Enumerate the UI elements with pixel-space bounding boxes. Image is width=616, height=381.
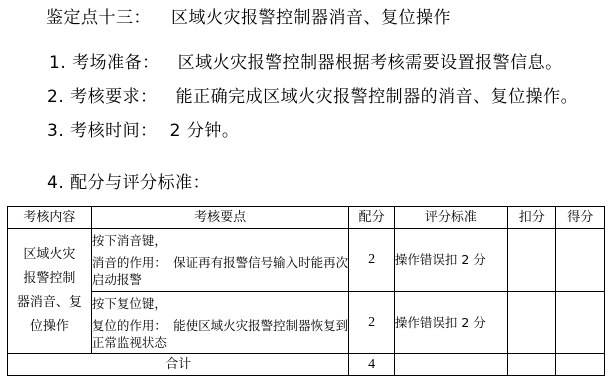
section-title-text: 区域火灾报警控制器消音、复位操作 (171, 8, 451, 28)
exam-points-cell: 按下消音键， 消音的作用： 保证再有报警信号输入时能再次启动报警 (91, 229, 349, 292)
obtained-cell (556, 229, 605, 292)
deduction-cell (507, 229, 555, 292)
content-line: 位操作 (8, 315, 91, 339)
table-row: 按下复位键， 复位的作用： 能使区域火灾报警控制器恢复到正常监视状态 2 操作错… (8, 292, 605, 354)
table-total-row: 合计 4 (8, 354, 605, 376)
content-line: 器消音、复 (8, 291, 91, 315)
exam-points-cell: 按下复位键， 复位的作用： 能使区域火灾报警控制器恢复到正常监视状态 (91, 292, 349, 354)
obtained-cell (556, 292, 605, 354)
criteria-cell: 操作错误扣 2 分 (394, 229, 507, 292)
total-label: 合计 (8, 354, 349, 376)
content-line: 区域火灾 (8, 243, 91, 267)
header-deduction: 扣分 (507, 207, 555, 229)
criteria-cell: 操作错误扣 2 分 (394, 292, 507, 354)
total-criteria (394, 354, 507, 376)
section-title: 鉴定点十三：区域火灾报警控制器消音、复位操作 (46, 8, 451, 28)
point-description: 消音的作用： 保证再有报警信号输入时能再次启动报警 (92, 254, 349, 288)
header-score: 配分 (349, 207, 394, 229)
item-exam-time: 3. 考核时间：2 分钟。 (47, 121, 239, 141)
deduction-cell (507, 292, 555, 354)
item-text: 2 分钟。 (170, 121, 240, 141)
section-title-label: 鉴定点十三： (46, 8, 151, 28)
total-obtained (556, 354, 605, 376)
item-exam-preparation: 1. 考场准备：区域火灾报警控制器根据考核需要设置报警信息。 (49, 53, 563, 73)
content-line: 报警控制 (8, 267, 91, 291)
total-score: 4 (349, 354, 394, 376)
header-obtained: 得分 (556, 207, 605, 229)
item-text: 能正确完成区域火灾报警控制器的消音、复位操作。 (176, 87, 579, 107)
point-action: 按下复位键， (92, 295, 349, 313)
item-exam-requirement: 2. 考核要求：能正确完成区域火灾报警控制器的消音、复位操作。 (47, 87, 578, 107)
item-label: 1. 考场准备： (49, 53, 160, 73)
point-description: 复位的作用： 能使区域火灾报警控制器恢复到正常监视状态 (92, 317, 349, 351)
table-header-row: 考核内容 考核要点 配分 评分标准 扣分 得分 (8, 207, 605, 229)
item-text: 区域火灾报警控制器根据考核需要设置报警信息。 (178, 53, 563, 73)
header-points: 考核要点 (91, 207, 349, 229)
header-content: 考核内容 (8, 207, 92, 229)
item-label: 2. 考核要求： (47, 87, 158, 107)
table-row: 区域火灾 报警控制 器消音、复 位操作 按下消音键， 消音的作用： 保证再有报警… (8, 229, 605, 292)
point-action: 按下消音键， (92, 232, 349, 250)
total-deduction (507, 354, 555, 376)
scoring-table: 考核内容 考核要点 配分 评分标准 扣分 得分 区域火灾 报警控制 器消音、复 … (7, 206, 605, 376)
exam-content-cell: 区域火灾 报警控制 器消音、复 位操作 (8, 229, 92, 354)
header-criteria: 评分标准 (394, 207, 507, 229)
score-cell: 2 (349, 292, 394, 354)
item-label: 4. 配分与评分标准： (47, 173, 210, 193)
item-scoring-standard: 4. 配分与评分标准： (47, 173, 210, 193)
score-cell: 2 (349, 229, 394, 292)
item-label: 3. 考核时间： (47, 121, 158, 141)
